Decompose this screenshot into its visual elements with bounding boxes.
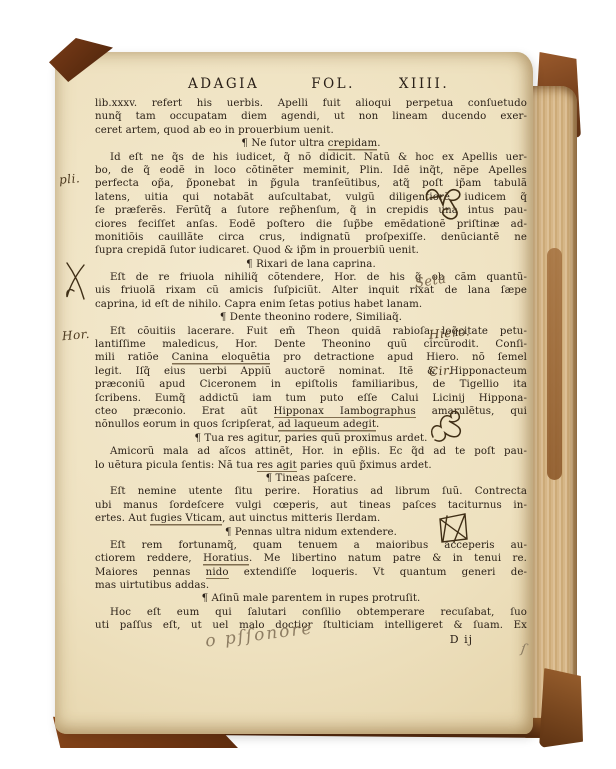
small-margin-mark: ſ — [520, 642, 527, 658]
open-book: ADAGIAFOL.XIIII. lib.xxxv. refert his ue… — [55, 40, 580, 748]
text-line: ceret artem, quod ab eo in prouerbium ue… — [95, 124, 527, 137]
text-line: Amicorũ mala ad aĩcos attinẽt, Hor. in e… — [95, 445, 527, 458]
text-line: lantiſſime maledicus, Hor. Dente Theonin… — [95, 338, 527, 351]
text-line: uis friuolã rixam cũ amicis ſuſpiciũt. A… — [95, 284, 527, 297]
text-line: Id eſt ne q̃s de his iudicet, q̃ nõ didi… — [95, 151, 527, 164]
margin-note-pli: pli. — [58, 171, 80, 187]
text-line: ctiorem reddere, Horatius. Me libertino … — [95, 552, 527, 565]
adage-heading-line: ¶ Aſinũ male parentem in rupes protruſit… — [95, 592, 527, 605]
text-line: legit. Iſq̃ eius uerbi Appiũ auctorẽ nom… — [95, 365, 527, 378]
folio-label: FOL. — [311, 76, 355, 92]
adage-heading-line: ¶ Tineas paſcere. — [95, 472, 527, 485]
text-line: lo uẽtura picula ſentis: Nã tua res agit… — [95, 459, 527, 472]
text-line: Eſt nemine utente ſitu perire. Horatius … — [95, 485, 527, 498]
text-block: lib.xxxv. refert his uerbis. Apelli fuit… — [95, 97, 527, 646]
leather-binding-bottom-right — [539, 668, 583, 748]
text-line: mili ratiõe Canina eloquẽtia pro detract… — [95, 351, 527, 364]
text-line: ſcribens. Eumq̃ addictũ iam tum puto eſſ… — [95, 392, 527, 405]
x-flourish-doodle — [61, 260, 87, 302]
margin-note-cir: Cir. — [428, 363, 452, 379]
text-line: ſupra crepidã ſutor iudicaret. Quod & ip… — [95, 244, 527, 257]
margin-note-hor: Hor. — [61, 327, 90, 343]
printed-page: ADAGIAFOL.XIIII. lib.xxxv. refert his ue… — [55, 52, 533, 734]
leaf-flourish-doodle — [425, 406, 465, 444]
adage-heading-line: ¶ Dente theonino rodere, Similiaq̃. — [95, 311, 527, 324]
adage-heading-line: ¶ Ne ſutor ultra crepidam. — [95, 137, 527, 150]
square-diagram-doodle — [435, 510, 471, 546]
adage-heading-line: ¶ Rixari de lana caprina. — [95, 258, 527, 271]
text-line: præconiũ apud Ciceronem in epiſtolis fam… — [95, 378, 527, 391]
book-photograph: ADAGIAFOL.XIIII. lib.xxxv. refert his ue… — [0, 0, 616, 769]
text-line: Maiores pennas nido extendiſſe loqueris.… — [95, 566, 527, 579]
text-line: Eſt de re friuola nihiliq̃ cõtendere, Ho… — [95, 271, 527, 284]
text-line: caprina, id eſt de nihilo. Capra enim ſe… — [95, 298, 527, 311]
text-line: mas uirtutibus addas. — [95, 579, 527, 592]
text-line: monitiõis cauillãte circa crus, indignat… — [95, 231, 527, 244]
text-line: lib.xxxv. refert his uerbis. Apelli fuit… — [95, 97, 527, 110]
folio-number: XIIII. — [399, 76, 449, 92]
text-line: Hoc eſt eum qui ſalutari conſilio obtemp… — [95, 606, 527, 619]
monogram-flourish-doodle — [422, 184, 464, 224]
running-head: ADAGIAFOL.XIIII. — [95, 76, 527, 94]
text-line: nunq̃ tam occupatam diem agendi, ut non … — [95, 110, 527, 123]
text-line: bo, de q̃ eodẽ in loco cõtinẽter meminit… — [95, 164, 527, 177]
fore-edge-shadow — [547, 248, 562, 480]
page-title: ADAGIA — [188, 76, 259, 92]
